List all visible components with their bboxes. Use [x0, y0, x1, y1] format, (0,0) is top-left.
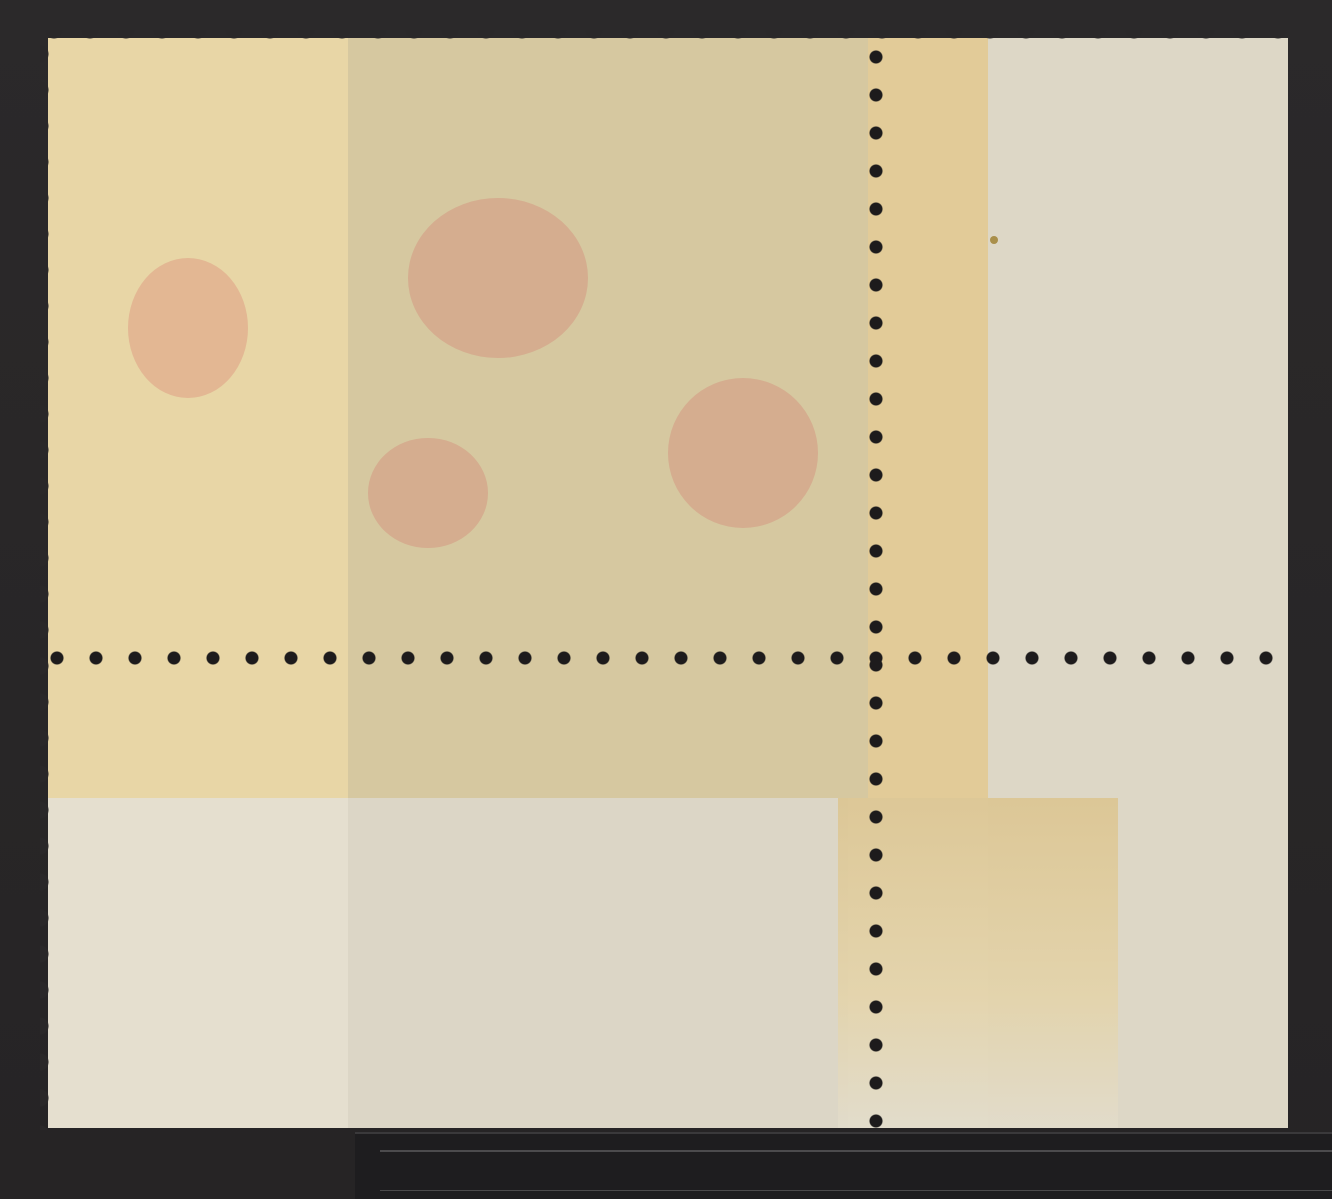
- perforation-row: [50, 651, 1290, 665]
- mount-strip: [355, 1132, 1332, 1199]
- toned-gum-left: [48, 38, 348, 798]
- red-offset-mark: [668, 378, 818, 528]
- mount-edge-line: [380, 1190, 1332, 1191]
- paper-spot: [990, 236, 998, 244]
- perforated-edge-left: [40, 40, 54, 1130]
- selvage-bottom-left: [48, 798, 348, 1128]
- selvage-bottom-center: [348, 798, 848, 1128]
- mount-edge-line: [380, 1150, 1332, 1152]
- stamp-block: [48, 38, 1288, 1128]
- red-offset-mark: [368, 438, 488, 548]
- red-offset-mark: [128, 258, 248, 398]
- perforation-column: [869, 50, 883, 1130]
- red-offset-mark: [408, 198, 588, 358]
- perforated-edge-top: [40, 30, 1290, 44]
